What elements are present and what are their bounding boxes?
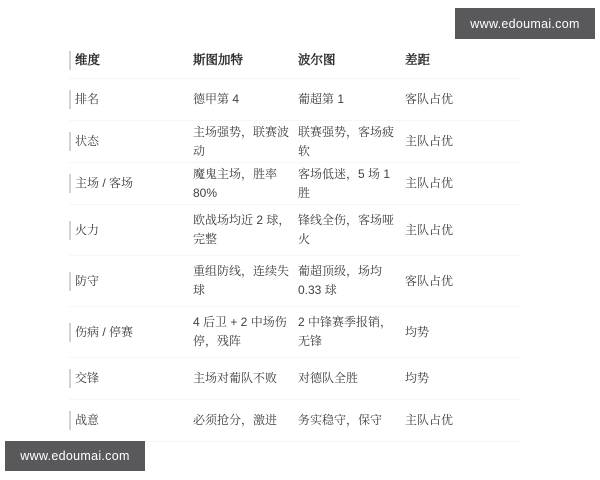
cell-verdict: 均势 (405, 307, 520, 358)
watermark-top: www.edoumai.com (455, 8, 595, 39)
row-label-defense: 防守 (69, 256, 193, 307)
cell-verdict: 主队占优 (405, 205, 520, 256)
cell-stuttgart: 欧战场均近 2 球，完整 (193, 205, 298, 256)
watermark-bottom: www.edoumai.com (5, 441, 145, 471)
cell-porto: 联赛强势，客场疲软 (298, 121, 405, 163)
row-tick: 交锋 (69, 369, 99, 388)
cell-verdict: 均势 (405, 358, 520, 400)
table-row: 状态 主场强势，联赛波动 联赛强势，客场疲软 主队占优 (69, 121, 520, 163)
row-tick: 伤病 / 停赛 (69, 323, 133, 342)
col-header-porto: 波尔图 (298, 42, 405, 79)
comparison-table: 维度 斯图加特 波尔图 差距 排名 德甲第 4 葡超第 1 客队占优 状态 主场… (69, 42, 520, 442)
cell-verdict: 客队占优 (405, 79, 520, 121)
cell-verdict: 主队占优 (405, 400, 520, 442)
row-tick: 火力 (69, 221, 99, 240)
row-label-attack: 火力 (69, 205, 193, 256)
cell-porto: 锋线全伤，客场哑火 (298, 205, 405, 256)
row-tick: 防守 (69, 272, 99, 291)
table-row: 交锋 主场对葡队不败 对德队全胜 均势 (69, 358, 520, 400)
cell-stuttgart: 4 后卫 + 2 中场伤停，残阵 (193, 307, 298, 358)
table-row: 战意 必须抢分，激进 务实稳守，保守 主队占优 (69, 400, 520, 442)
row-label-form: 状态 (69, 121, 193, 163)
table-row: 火力 欧战场均近 2 球，完整 锋线全伤，客场哑火 主队占优 (69, 205, 520, 256)
row-tick: 主场 / 客场 (69, 174, 133, 193)
watermark-top-text: www.edoumai.com (470, 17, 579, 31)
col-header-dimension: 维度 (69, 42, 193, 79)
table-row: 伤病 / 停赛 4 后卫 + 2 中场伤停，残阵 2 中锋赛季报销，无锋 均势 (69, 307, 520, 358)
cell-porto: 2 中锋赛季报销，无锋 (298, 307, 405, 358)
col-header-verdict: 差距 (405, 42, 520, 79)
page: { "watermarks": { "top": "www.edoumai.co… (0, 0, 600, 480)
row-tick: 战意 (69, 411, 99, 430)
table-row: 主场 / 客场 魔鬼主场，胜率 80% 客场低迷，5 场 1 胜 主队占优 (69, 163, 520, 205)
row-tick: 维度 (69, 51, 100, 70)
cell-verdict: 客队占优 (405, 256, 520, 307)
cell-porto: 葡超顶级，场均 0.33 球 (298, 256, 405, 307)
row-label-motivation: 战意 (69, 400, 193, 442)
row-label-injuries: 伤病 / 停赛 (69, 307, 193, 358)
cell-stuttgart: 主场强势，联赛波动 (193, 121, 298, 163)
cell-stuttgart: 必须抢分，激进 (193, 400, 298, 442)
row-label-home-away: 主场 / 客场 (69, 163, 193, 205)
cell-stuttgart: 魔鬼主场，胜率 80% (193, 163, 298, 205)
row-label-ranking: 排名 (69, 79, 193, 121)
cell-porto: 客场低迷，5 场 1 胜 (298, 163, 405, 205)
cell-stuttgart: 主场对葡队不败 (193, 358, 298, 400)
row-tick: 排名 (69, 90, 99, 109)
cell-verdict: 主队占优 (405, 121, 520, 163)
cell-porto: 务实稳守，保守 (298, 400, 405, 442)
table-header-row: 维度 斯图加特 波尔图 差距 (69, 42, 520, 79)
cell-porto: 对德队全胜 (298, 358, 405, 400)
cell-porto: 葡超第 1 (298, 79, 405, 121)
cell-stuttgart: 德甲第 4 (193, 79, 298, 121)
table-row: 防守 重组防线，连续失球 葡超顶级，场均 0.33 球 客队占优 (69, 256, 520, 307)
cell-verdict: 主队占优 (405, 163, 520, 205)
table-row: 排名 德甲第 4 葡超第 1 客队占优 (69, 79, 520, 121)
row-label-head-to-head: 交锋 (69, 358, 193, 400)
row-tick: 状态 (69, 132, 99, 151)
cell-stuttgart: 重组防线，连续失球 (193, 256, 298, 307)
col-header-stuttgart: 斯图加特 (193, 42, 298, 79)
watermark-bottom-text: www.edoumai.com (20, 449, 129, 463)
